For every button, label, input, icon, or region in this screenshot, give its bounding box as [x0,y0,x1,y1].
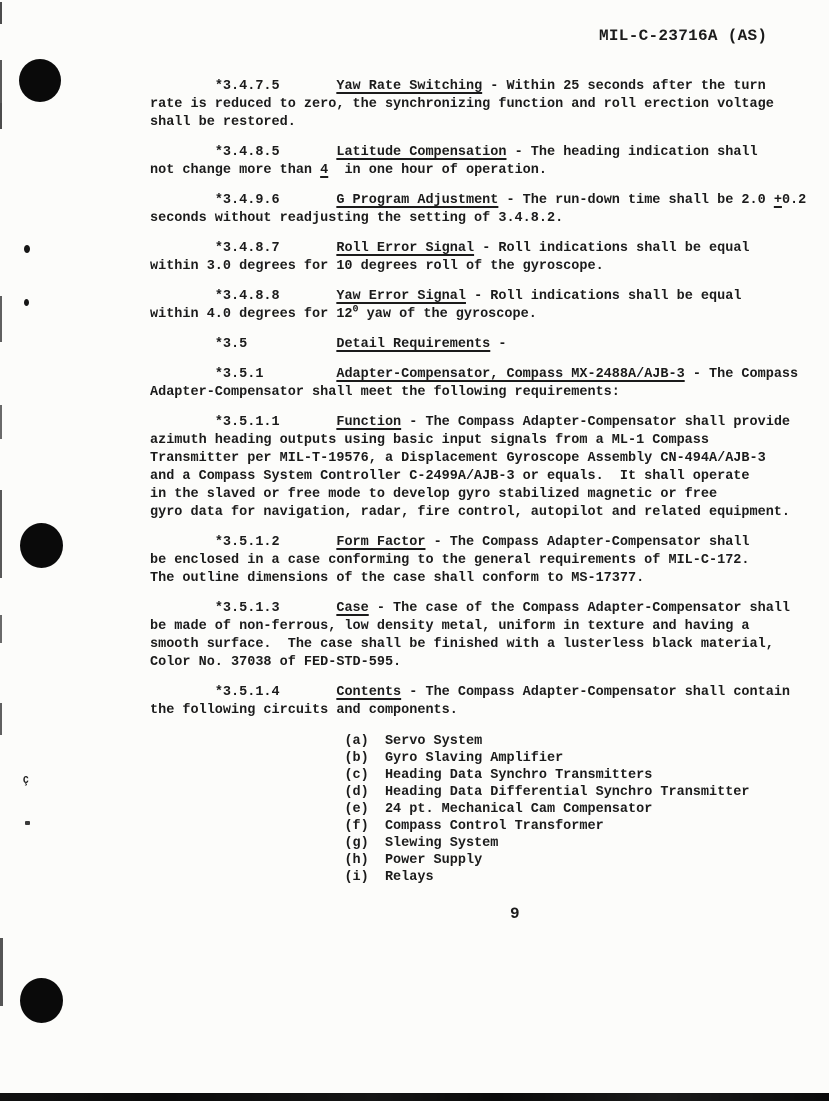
section-number: *3.4.9.6 [215,193,280,208]
section-paragraph: *3.5.1 Adapter-Compensator, Compass MX-2… [150,366,806,402]
section-number: *3.4.7.5 [215,79,280,94]
body-line: Color No. 37038 of FED-STD-595. [150,654,806,672]
section-number: *3.4.8.8 [215,289,280,304]
list-item-text: Relays [385,870,434,885]
body-line: *3.5.1.4 Contents - The Compass Adapter-… [150,684,806,702]
body-line: smooth surface. The case shall be finish… [150,636,806,654]
section-number: *3.5.1.1 [215,415,280,430]
section-number: *3.5.1.3 [215,601,280,616]
section-paragraph: *3.4.8.7 Roll Error Signal - Roll indica… [150,240,806,276]
list-item-label: (i) [344,870,368,885]
list-item: (h) Power Supply [150,852,806,869]
list-item-label: (c) [344,768,368,783]
section-paragraph: *3.5.1.2 Form Factor - The Compass Adapt… [150,534,806,588]
list-item: (a) Servo System [150,733,806,750]
list-item-text: Heading Data Differential Synchro Transm… [385,785,750,800]
document-body: *3.4.7.5 Yaw Rate Switching - Within 25 … [150,78,806,886]
section-paragraph: *3.4.9.6 G Program Adjustment - The run-… [150,192,806,228]
body-line: azimuth heading outputs using basic inpu… [150,432,806,450]
text-segment: rate is reduced to zero, the synchronizi… [150,97,774,112]
list-item-label: (g) [344,836,368,851]
margin-mark [25,821,30,825]
section-number: *3.5.1.2 [215,535,280,550]
body-line: gyro data for navigation, radar, fire co… [150,504,806,522]
list-item-label: (d) [344,785,368,800]
body-line: in the slaved or free mode to develop gy… [150,486,806,504]
text-segment: yaw of the gyroscope. [359,307,537,322]
text-segment: Adapter-Compensator shall meet the follo… [150,385,620,400]
section-paragraph: *3.5.1.4 Contents - The Compass Adapter-… [150,684,806,720]
text-segment: be enclosed in a case conforming to the … [150,553,750,568]
scan-edge-artifact [0,2,2,24]
text-segment: - The Compass Adapter-Compensator shall [434,535,750,550]
text-segment: - The case of the Compass Adapter-Compen… [377,601,790,616]
scan-edge-artifact [0,490,2,578]
section-paragraph: *3.5.1.3 Case - The case of the Compass … [150,600,806,672]
scan-edge-artifact [0,615,2,643]
section-number: *3.5.1 [215,367,264,382]
list-item-text: Gyro Slaving Amplifier [385,751,563,766]
text-segment: shall be restored. [150,115,296,130]
section-number: *3.4.8.7 [215,241,280,256]
section-title: Function [336,415,401,430]
body-line: the following circuits and components. [150,702,806,720]
text-segment: within 4.0 degrees for 12 [150,307,353,322]
list-item-text: Servo System [385,734,482,749]
list-item-text: Slewing System [385,836,498,851]
text-segment: in the slaved or free mode to develop gy… [150,487,717,502]
section-title: Case [336,601,368,616]
scan-edge-artifact [0,703,2,735]
list-item: (e) 24 pt. Mechanical Cam Compensator [150,801,806,818]
section-number: *3.5.1.4 [215,685,280,700]
body-line: *3.4.9.6 G Program Adjustment - The run-… [150,192,806,210]
body-line: *3.4.8.5 Latitude Compensation - The hea… [150,144,806,162]
punch-hole [19,59,61,102]
text-segment: within 3.0 degrees for 10 degrees roll o… [150,259,604,274]
margin-mark: ç [23,772,29,787]
body-line: *3.5 Detail Requirements - [150,336,806,354]
body-line: seconds without readjusting the setting … [150,210,806,228]
text-segment: - The Compass [693,367,798,382]
list-item-text: Heading Data Synchro Transmitters [385,768,652,783]
ink-dot [24,245,30,253]
doc-number: MIL-C-23716A (AS) [599,27,767,45]
body-line: *3.4.7.5 Yaw Rate Switching - Within 25 … [150,78,806,96]
text-segment: and a Compass System Controller C-2499A/… [150,469,750,484]
section-title: Latitude Compensation [336,145,506,160]
text-segment: - [498,337,506,352]
document-page: MIL-C-23716A (AS) *3.4.7.5 Yaw Rate Swit… [0,0,829,1101]
section-paragraph: *3.4.8.8 Yaw Error Signal - Roll indicat… [150,288,806,324]
text-segment: - Roll indications shall be equal [474,289,741,304]
scan-edge-artifact [0,405,2,439]
text-segment: 0.2 [782,193,806,208]
text-segment: - The Compass Adapter-Compensator shall … [409,415,790,430]
text-segment: azimuth heading outputs using basic inpu… [150,433,709,448]
text-segment: - Roll indications shall be equal [482,241,749,256]
body-line: *3.4.8.7 Roll Error Signal - Roll indica… [150,240,806,258]
section-title: Yaw Error Signal [336,289,466,304]
text-segment: - The Compass Adapter-Compensator shall … [409,685,790,700]
body-line: rate is reduced to zero, the synchronizi… [150,96,806,114]
list-item: (c) Heading Data Synchro Transmitters [150,767,806,784]
section-title: G Program Adjustment [336,193,498,208]
text-segment: gyro data for navigation, radar, fire co… [150,505,790,520]
text-segment: - The run-down time shall be 2.0 [506,193,773,208]
list-item-label: (f) [344,819,368,834]
section-title: Roll Error Signal [336,241,474,256]
section-title: Contents [336,685,401,700]
body-line: *3.5.1.3 Case - The case of the Compass … [150,600,806,618]
list-item-text: Power Supply [385,853,482,868]
list-item-text: 24 pt. Mechanical Cam Compensator [385,802,652,817]
body-line: *3.5.1.2 Form Factor - The Compass Adapt… [150,534,806,552]
ink-dot [24,299,29,306]
body-line: within 3.0 degrees for 10 degrees roll o… [150,258,806,276]
list-item: (d) Heading Data Differential Synchro Tr… [150,784,806,801]
text-segment: Color No. 37038 of FED-STD-595. [150,655,401,670]
text-segment: in one hour of operation. [328,163,547,178]
list-item: (b) Gyro Slaving Amplifier [150,750,806,767]
list-item-text: Compass Control Transformer [385,819,604,834]
body-line: shall be restored. [150,114,806,132]
component-list: (a) Servo System (b) Gyro Slaving Amplif… [150,733,806,886]
body-line: be made of non-ferrous, low density meta… [150,618,806,636]
scan-edge-artifact [0,103,2,129]
body-line: Transmitter per MIL-T-19576, a Displacem… [150,450,806,468]
scan-edge-artifact [0,296,2,342]
scan-edge-artifact [0,938,3,1006]
body-line: *3.4.8.8 Yaw Error Signal - Roll indicat… [150,288,806,306]
text-segment: the following circuits and components. [150,703,458,718]
punch-hole [20,978,63,1023]
list-item: (g) Slewing System [150,835,806,852]
body-line: within 4.0 degrees for 120 yaw of the gy… [150,306,806,324]
text-segment: - Within 25 seconds after the turn [490,79,765,94]
section-number: *3.4.8.5 [215,145,280,160]
section-title: Adapter-Compensator, Compass MX-2488A/AJ… [336,367,684,382]
list-item-label: (h) [344,853,368,868]
text-segment: seconds without readjusting the setting … [150,211,563,226]
text-segment: Transmitter per MIL-T-19576, a Displacem… [150,451,766,466]
page-number: 9 [510,905,520,923]
text-segment: The outline dimensions of the case shall… [150,571,644,586]
body-line: Adapter-Compensator shall meet the follo… [150,384,806,402]
body-line: The outline dimensions of the case shall… [150,570,806,588]
list-item-label: (a) [344,734,368,749]
section-title: Detail Requirements [336,337,490,352]
body-line: and a Compass System Controller C-2499A/… [150,468,806,486]
section-paragraph: *3.5.1.1 Function - The Compass Adapter-… [150,414,806,522]
body-line: be enclosed in a case conforming to the … [150,552,806,570]
text-segment: not change more than [150,163,320,178]
list-item: (f) Compass Control Transformer [150,818,806,835]
body-line: not change more than 4 in one hour of op… [150,162,806,180]
list-item-label: (e) [344,802,368,817]
section-paragraph: *3.4.7.5 Yaw Rate Switching - Within 25 … [150,78,806,132]
section-paragraph: *3.4.8.5 Latitude Compensation - The hea… [150,144,806,180]
text-segment: + [774,193,782,208]
body-line: *3.5.1 Adapter-Compensator, Compass MX-2… [150,366,806,384]
section-number: *3.5 [215,337,247,352]
body-line: *3.5.1.1 Function - The Compass Adapter-… [150,414,806,432]
section-title: Yaw Rate Switching [336,79,482,94]
section-title: Form Factor [336,535,425,550]
section-paragraph: *3.5 Detail Requirements - [150,336,806,354]
text-segment: - The heading indication shall [515,145,758,160]
text-segment: be made of non-ferrous, low density meta… [150,619,750,634]
text-segment: smooth surface. The case shall be finish… [150,637,774,652]
scan-bottom-bar [0,1093,829,1101]
punch-hole [20,523,63,568]
list-item: (i) Relays [150,869,806,886]
list-item-label: (b) [344,751,368,766]
